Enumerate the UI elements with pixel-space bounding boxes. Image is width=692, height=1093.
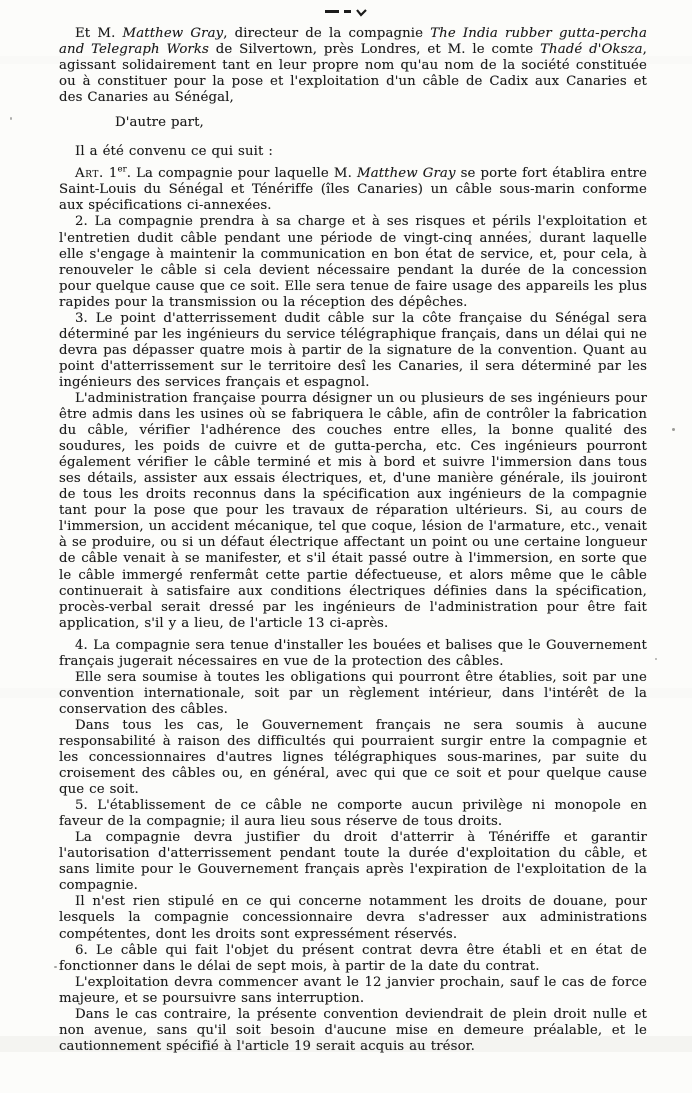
article-6-exploitation: L'exploitation devra commencer avant le … (59, 975, 647, 1007)
dash-mark (325, 10, 339, 13)
scan-speck (10, 117, 12, 120)
article-4: 4. La compagnie sera tenue d'installer l… (59, 638, 647, 670)
article-3-administration: L'administration française pourra désign… (59, 391, 647, 632)
agreement-lead: Il a été convenu ce qui suit : (59, 144, 647, 160)
article-5-douane: Il n'est rien stipulé en ce qui concerne… (59, 894, 647, 942)
article-5: 5. L'établissement de ce câble ne compor… (59, 798, 647, 830)
article-1: Art. 1er. La compagnie pour laquelle M. … (59, 166, 647, 214)
scan-speck (672, 428, 675, 431)
article-3: 3. Le point d'atterrissement dudit câble… (59, 311, 647, 391)
article-4-responsabilite: Dans tous les cas, le Gouvernement franç… (59, 718, 647, 798)
article-6-nullite: Dans le cas contraire, la présente conve… (59, 1007, 647, 1055)
scanned-page: Et M. Matthew Gray, directeur de la comp… (0, 0, 692, 1093)
article-5-justification: La compagnie devra justifier du droit d'… (59, 830, 647, 894)
text-block: Et M. Matthew Gray, directeur de la comp… (59, 26, 647, 1055)
party-intro: Et M. Matthew Gray, directeur de la comp… (59, 26, 647, 106)
cropped-glyph-mark (356, 8, 367, 17)
salutation: D'autre part, (59, 115, 647, 131)
article-4-obligations: Elle sera soumise à toutes les obligatio… (59, 670, 647, 718)
scan-speck (54, 966, 57, 968)
cropped-page-number-fragment (325, 8, 367, 18)
scan-speck (655, 658, 657, 660)
article-6: 6. Le câble qui fait l'objet du présent … (59, 943, 647, 975)
article-2: 2. La compagnie prendra à sa charge et à… (59, 214, 647, 310)
dash-mark (344, 10, 351, 13)
